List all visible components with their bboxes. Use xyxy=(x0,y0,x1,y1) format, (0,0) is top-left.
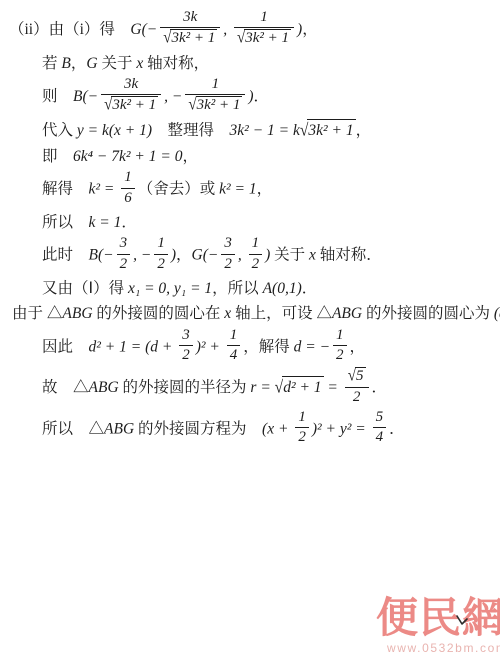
fraction: 12 xyxy=(295,409,309,447)
fraction-denominator: 4 xyxy=(373,428,387,446)
text-run: ． xyxy=(372,379,388,396)
math-run: , xyxy=(223,21,231,38)
fraction: 14 xyxy=(227,327,241,365)
text-run: 若 xyxy=(42,55,61,72)
math-run: 1 xyxy=(252,235,260,251)
math-run: 1 xyxy=(157,235,165,251)
radical: √3k² + 1 xyxy=(300,122,356,139)
math-run: ABG xyxy=(62,305,92,322)
text-run: 又由（Ⅰ）得 xyxy=(42,280,128,297)
math-run: ABG xyxy=(89,379,119,396)
fraction-denominator: 6 xyxy=(121,189,135,207)
fraction-denominator: 2 xyxy=(333,346,347,364)
math-run: 1 xyxy=(336,327,344,343)
watermark-site-name: 便民網 xyxy=(376,598,500,640)
text-run: ，所以 xyxy=(212,280,262,297)
math-run: 1 xyxy=(260,9,268,25)
math-run: 2 xyxy=(336,347,344,363)
text-run: ， xyxy=(257,181,273,198)
text-run: 轴上，可设 △ xyxy=(231,305,332,322)
text-run: 所以 xyxy=(42,214,89,231)
radical-sign-icon: √ xyxy=(237,29,245,48)
math-run: A(0,1) xyxy=(263,280,302,297)
fraction-numerator: 5 xyxy=(373,409,387,428)
fraction: 32 xyxy=(179,327,193,365)
fraction: 32 xyxy=(117,235,131,273)
text-run: 所以 △ xyxy=(42,420,104,437)
math-run: 4 xyxy=(230,347,238,363)
radical-sign-icon: √ xyxy=(188,96,196,115)
text-run: ， xyxy=(302,21,318,38)
fraction-denominator: 2 xyxy=(117,255,131,273)
fraction-denominator: 2 xyxy=(345,388,369,406)
fraction-numerator: 1 xyxy=(227,327,241,346)
fraction: 12 xyxy=(333,327,347,365)
math-run: x xyxy=(309,247,316,264)
fraction: √52 xyxy=(345,367,369,406)
math-run: G xyxy=(86,55,97,72)
radical: √d² + 1 xyxy=(275,379,324,396)
fraction-denominator: 2 xyxy=(221,255,235,273)
text-run: 整理得 xyxy=(152,122,230,139)
math-run: 3k xyxy=(124,76,138,92)
math-line: （ii）由（i）得 G(−3k√3k² + 1, 1√3k² + 1)， xyxy=(0,11,500,50)
radical: √5 xyxy=(348,368,366,384)
radical-sign-icon: √ xyxy=(348,367,356,386)
math-line: 因此 d² + 1 = (d + 32)² + 14，解得 d = −12， xyxy=(0,329,500,367)
text-run: 的外接圆方程为 xyxy=(134,420,262,437)
math-run: 1 xyxy=(212,76,220,92)
math-run: 1 xyxy=(230,327,238,343)
math-run: 3k² + 1 xyxy=(308,122,353,139)
math-run: (x + xyxy=(262,420,292,437)
radical: √3k² + 1 xyxy=(237,30,291,46)
radicand: 3k² + 1 xyxy=(111,96,158,114)
math-run: 2 xyxy=(157,256,165,272)
math-run: 3 xyxy=(224,235,232,251)
math-line: 代入 y = k(x + 1) 整理得 3k² − 1 = k√3k² + 1， xyxy=(0,119,500,142)
fraction: 3k√3k² + 1 xyxy=(101,76,161,115)
text-run: 的外接圆的圆心在 xyxy=(93,305,225,322)
math-line: 即 6k⁴ − 7k² + 1 = 0， xyxy=(0,146,500,168)
radical: √3k² + 1 xyxy=(188,97,242,113)
math-run: 1 xyxy=(298,409,306,425)
math-run: d = − xyxy=(294,338,330,355)
math-run: y = k(x + 1) xyxy=(77,122,152,139)
text-run: ，解得 xyxy=(243,338,293,355)
math-run: 5 xyxy=(356,368,364,384)
ink-mark-icon xyxy=(455,613,471,627)
math-run: d² + 1 = (d + xyxy=(89,338,177,355)
radicand: 3k² + 1 xyxy=(170,29,217,47)
text-run: ． xyxy=(254,88,270,105)
text-run: ， xyxy=(350,338,366,355)
radicand: d² + 1 xyxy=(282,376,323,399)
math-run: , xyxy=(238,247,246,264)
math-run: B(− xyxy=(89,247,114,264)
text-run: 则 xyxy=(42,88,73,105)
math-run: (d,0) xyxy=(494,305,500,322)
text-run: 即 xyxy=(42,148,73,165)
math-run: 3k² + 1 xyxy=(112,97,156,113)
fraction-numerator: 1 xyxy=(249,235,263,254)
math-run: 2 xyxy=(182,347,190,363)
fraction: 12 xyxy=(249,235,263,273)
math-run: 2 xyxy=(224,256,232,272)
text-run: 的外接圆的圆心为 xyxy=(362,305,494,322)
fraction-numerator: 3 xyxy=(221,235,235,254)
fraction-denominator: 2 xyxy=(179,346,193,364)
text-run: ， xyxy=(356,122,372,139)
math-run: )² + y² = xyxy=(312,420,370,437)
math-run: 3k² − 1 = k xyxy=(230,122,300,139)
text-run: 关于 xyxy=(270,247,309,264)
fraction-denominator: 4 xyxy=(227,346,241,364)
math-run: G(− xyxy=(192,247,219,264)
math-run: r = xyxy=(250,379,274,396)
fraction-denominator: √3k² + 1 xyxy=(160,28,220,47)
watermark-url: www.0532bm.com xyxy=(376,641,500,655)
math-run: , − xyxy=(164,88,182,105)
math-line: 此时 B(−32, −12)，G(−32, 12) 关于 x 轴对称． xyxy=(0,237,500,275)
radical: √3k² + 1 xyxy=(163,30,217,46)
math-run: 6 xyxy=(124,190,132,206)
text-run: ． xyxy=(389,420,405,437)
math-run: = xyxy=(324,379,342,396)
fraction: 1√3k² + 1 xyxy=(185,76,245,115)
math-run: 3k² + 1 xyxy=(197,97,241,113)
fraction-numerator: √5 xyxy=(345,367,369,387)
math-run: 5 xyxy=(376,409,384,425)
math-run: 1 xyxy=(124,169,132,185)
fraction-denominator: √3k² + 1 xyxy=(101,95,161,114)
text-run: ， xyxy=(182,148,198,165)
math-run: )² + xyxy=(196,338,224,355)
math-run: 2 xyxy=(353,389,361,405)
fraction-numerator: 1 xyxy=(295,409,309,428)
fraction: 3k√3k² + 1 xyxy=(160,9,220,48)
fraction: 16 xyxy=(121,169,135,207)
math-run: k² = 1 xyxy=(219,181,257,198)
text-run: ， xyxy=(176,247,192,264)
text-run: ， xyxy=(71,55,87,72)
math-line: 则 B(−3k√3k² + 1, −1√3k² + 1)． xyxy=(0,78,500,117)
math-line: 若 B，G 关于 x 轴对称， xyxy=(0,53,500,75)
fraction-numerator: 1 xyxy=(154,235,168,254)
math-run: k = 1 xyxy=(89,214,122,231)
math-line: 故 △ABG 的外接圆的半径为 r = √d² + 1 = √52． xyxy=(0,369,500,408)
radicand: 3k² + 1 xyxy=(196,96,243,114)
radical-sign-icon: √ xyxy=(275,376,284,401)
text-run: 关于 xyxy=(98,55,137,72)
math-run: 3k² + 1 xyxy=(171,30,215,46)
math-line: 解得 k² = 16（舍去）或 k² = 1， xyxy=(0,171,500,209)
text-run: （ii）由（i）得 xyxy=(9,21,130,38)
text-run: 轴对称． xyxy=(316,247,382,264)
math-run: 3 xyxy=(120,235,128,251)
text-run: ． xyxy=(302,280,318,297)
fraction: 32 xyxy=(221,235,235,273)
math-run: B(− xyxy=(73,88,98,105)
math-line: 由于 △ABG 的外接圆的圆心在 x 轴上，可设 △ABG 的外接圆的圆心为 (… xyxy=(0,303,500,325)
watermark: 便民網 www.0532bm.com xyxy=(376,598,500,655)
fraction-numerator: 1 xyxy=(121,169,135,188)
fraction: 1√3k² + 1 xyxy=(234,9,294,48)
text-run: 故 △ xyxy=(42,379,89,396)
radical-sign-icon: √ xyxy=(300,119,309,144)
fraction-numerator: 3k xyxy=(101,76,161,95)
math-run: 2 xyxy=(120,256,128,272)
fraction-denominator: √3k² + 1 xyxy=(234,28,294,47)
math-run: B xyxy=(61,55,70,72)
fraction-denominator: 2 xyxy=(154,255,168,273)
math-line: 所以 k = 1． xyxy=(0,212,500,234)
text-run: 由于 △ xyxy=(12,305,62,322)
text-run: 的外接圆的半径为 xyxy=(119,379,251,396)
fraction-numerator: 1 xyxy=(185,76,245,95)
math-run: x₁ = 0, y₁ = 1 xyxy=(128,280,212,297)
math-run: , − xyxy=(133,247,151,264)
fraction-denominator: 2 xyxy=(295,428,309,446)
fraction-numerator: 3 xyxy=(117,235,131,254)
fraction-numerator: 1 xyxy=(234,9,294,28)
math-run: 2 xyxy=(252,256,260,272)
math-run: 4 xyxy=(376,429,384,445)
text-run: （舍去）或 xyxy=(138,181,219,198)
math-run: 3k² + 1 xyxy=(245,30,289,46)
math-run: ABG xyxy=(332,305,362,322)
fraction-numerator: 3 xyxy=(179,327,193,346)
math-run: ABG xyxy=(104,420,134,437)
text-run: ． xyxy=(121,214,137,231)
text-run: 因此 xyxy=(42,338,89,355)
fraction: 12 xyxy=(154,235,168,273)
math-run: k² = xyxy=(89,181,119,198)
math-run: d² + 1 xyxy=(283,379,321,396)
text-run: 轴对称， xyxy=(143,55,209,72)
radicand: 3k² + 1 xyxy=(307,119,355,142)
solution-text-block: （ii）由（i）得 G(−3k√3k² + 1, 1√3k² + 1)，若 B，… xyxy=(0,0,500,448)
fraction-numerator: 3k xyxy=(160,9,220,28)
math-run: 2 xyxy=(298,429,306,445)
radical-sign-icon: √ xyxy=(104,96,112,115)
fraction-denominator: 2 xyxy=(249,255,263,273)
radicand: 5 xyxy=(355,367,366,385)
radical-sign-icon: √ xyxy=(163,29,171,48)
math-line: 又由（Ⅰ）得 x₁ = 0, y₁ = 1，所以 A(0,1)． xyxy=(0,278,500,300)
text-run: 解得 xyxy=(42,181,89,198)
fraction: 54 xyxy=(373,409,387,447)
math-run: G(− xyxy=(130,21,157,38)
math-run: 6k⁴ − 7k² + 1 = 0 xyxy=(73,148,182,165)
scanned-math-solution-page: { "page": { "background": "#ffffff", "te… xyxy=(0,0,500,662)
math-run: 3k xyxy=(183,9,197,25)
fraction-numerator: 1 xyxy=(333,327,347,346)
radicand: 3k² + 1 xyxy=(244,29,291,47)
math-line: 所以 △ABG 的外接圆方程为 (x + 12)² + y² = 54． xyxy=(0,411,500,449)
math-run: 3 xyxy=(182,327,190,343)
fraction-denominator: √3k² + 1 xyxy=(185,95,245,114)
text-run: 代入 xyxy=(42,122,77,139)
text-run: 此时 xyxy=(42,247,89,264)
radical: √3k² + 1 xyxy=(104,97,158,113)
